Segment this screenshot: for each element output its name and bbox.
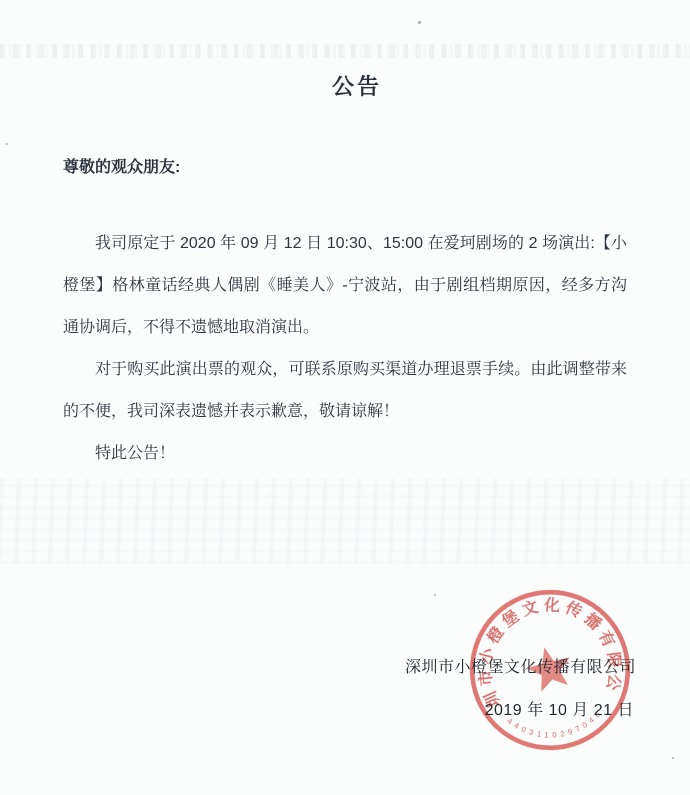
salutation: 尊敬的观众朋友: [63,157,627,179]
scan-speck [672,757,674,759]
scan-speck [6,143,8,145]
scan-speck [434,594,436,596]
announcement-body: 我司原定于 2020 年 09 月 12 日 10:30、15:00 在爱珂剧场… [63,223,627,475]
signature-date: 2019 年 10 月 21 日 [485,697,634,720]
page-title: 公告 [12,0,690,101]
paragraph-cancellation: 我司原定于 2020 年 09 月 12 日 10:30、15:00 在爱珂剧场… [63,223,627,349]
svg-text:深圳市小橙堡文化传播有限公司: 深圳市小橙堡文化传播有限公司 [454,574,627,713]
scan-noise-band [0,478,690,564]
paragraph-refund: 对于购买此演出票的观众，可联系原购买渠道办理退票手续。由此调整带来的不便，我司深… [63,349,627,433]
stamp-arc-text: 深圳市小橙堡文化传播有限公司 [454,574,627,713]
signature-company: 深圳市小橙堡文化传播有限公司 [405,654,636,677]
announcement-page: 公告 尊敬的观众朋友: 我司原定于 2020 年 09 月 12 日 10:30… [0,0,690,795]
paragraph-closing: 特此公告！ [63,433,627,475]
